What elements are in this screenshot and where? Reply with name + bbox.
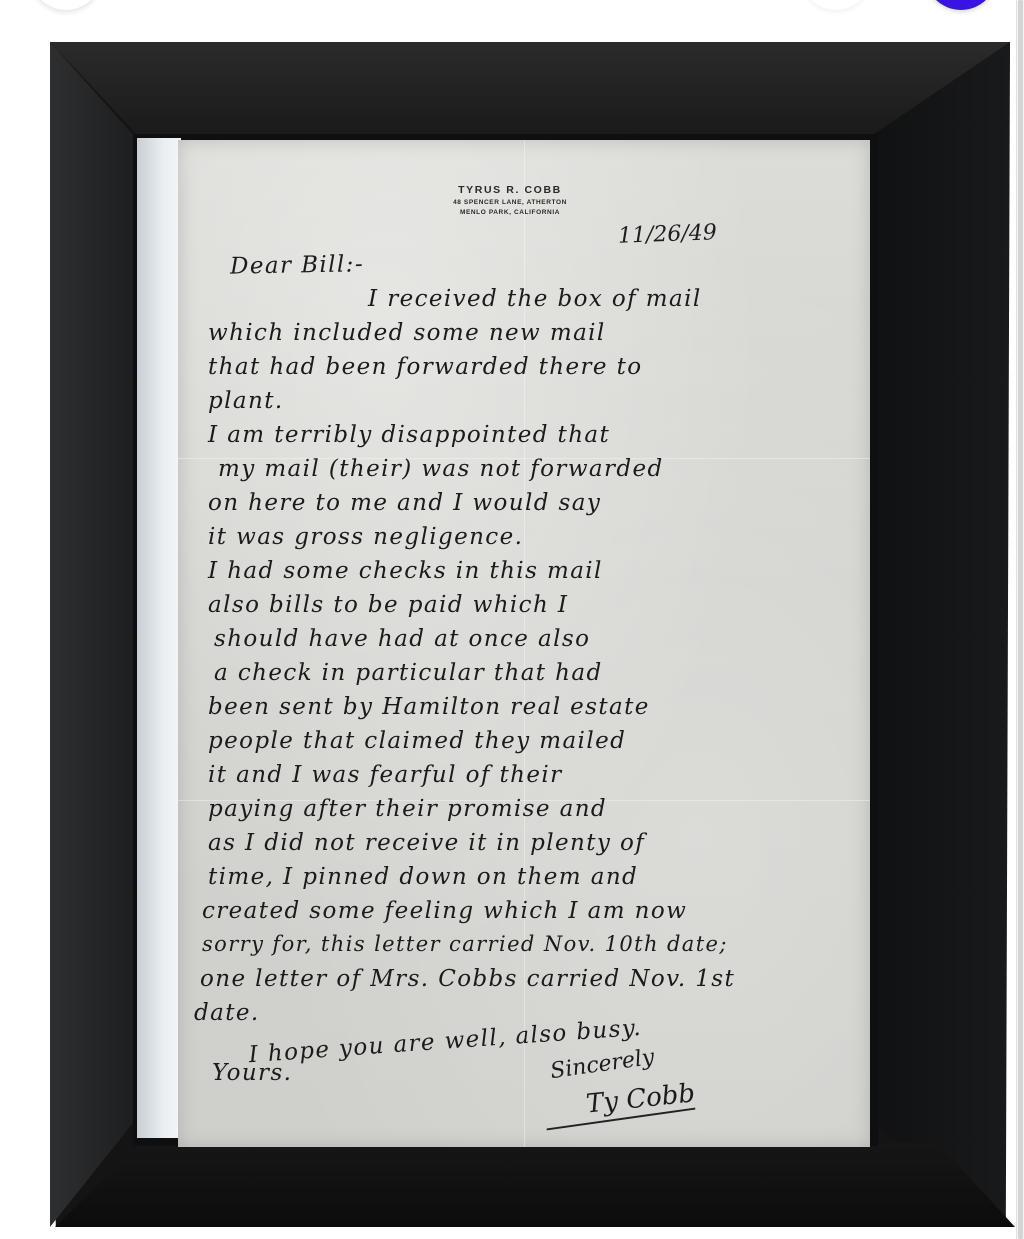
letter-line: plant. [208, 388, 848, 414]
letterhead-address-line: MENLO PARK, CALIFORNIA [420, 209, 600, 216]
letter-line: as I did not receive it in plenty of [208, 830, 848, 856]
frame-bottom-edge [55, 1143, 1015, 1227]
scrollbar-thumb[interactable] [1018, 0, 1023, 1239]
letter-line: a check in particular that had [214, 660, 854, 686]
letter-line: that had been forwarded there to [208, 354, 848, 380]
right-circle-button[interactable] [925, 0, 997, 10]
letter-line: also bills to be paid which I [208, 592, 848, 618]
letter-line: it and I was fearful of their [208, 762, 848, 788]
letter-line: my mail (their) was not forwarded [218, 456, 858, 482]
letter-line: people that claimed they mailed [208, 728, 848, 754]
letter-line: I had some checks in this mail [208, 558, 848, 584]
letterhead: TYRUS R. COBB 48 SPENCER LANE, ATHERTON … [420, 184, 600, 216]
letter-line: paying after their promise and [208, 796, 848, 822]
frame-top-edge [50, 42, 1010, 134]
left-circle-button[interactable] [30, 0, 102, 10]
letter-line: which included some new mail [208, 320, 848, 346]
frame-backing [137, 138, 181, 1138]
letter-salutation: Dear Bill:- [230, 242, 870, 279]
letter-line: on here to me and I would say [208, 490, 848, 516]
letter-line: time, I pinned down on them and [208, 864, 848, 890]
middle-circle-button[interactable] [800, 0, 872, 10]
letter-line: one letter of Mrs. Cobbs carried Nov. 1s… [200, 966, 840, 992]
page-scrollbar[interactable] [1016, 0, 1024, 1239]
letter-line: I am terribly disappointed that [208, 422, 848, 448]
letter-line: been sent by Hamilton real estate [208, 694, 848, 720]
letterhead-name: TYRUS R. COBB [420, 184, 600, 196]
letter-line: should have had at once also [214, 626, 854, 652]
letter-paper: TYRUS R. COBB 48 SPENCER LANE, ATHERTON … [178, 140, 870, 1147]
frame-right-edge [870, 42, 1010, 1227]
letter-line: Yours. [212, 1060, 852, 1086]
letter-line: I received the box of mail [368, 286, 1008, 312]
frame-left-edge [50, 42, 135, 1227]
letterhead-address-line: 48 SPENCER LANE, ATHERTON [420, 199, 600, 206]
letter-line: sorry for, this letter carried Nov. 10th… [202, 932, 842, 956]
letter-line: created some feeling which I am now [202, 898, 842, 924]
letter-line: it was gross negligence. [208, 524, 848, 550]
